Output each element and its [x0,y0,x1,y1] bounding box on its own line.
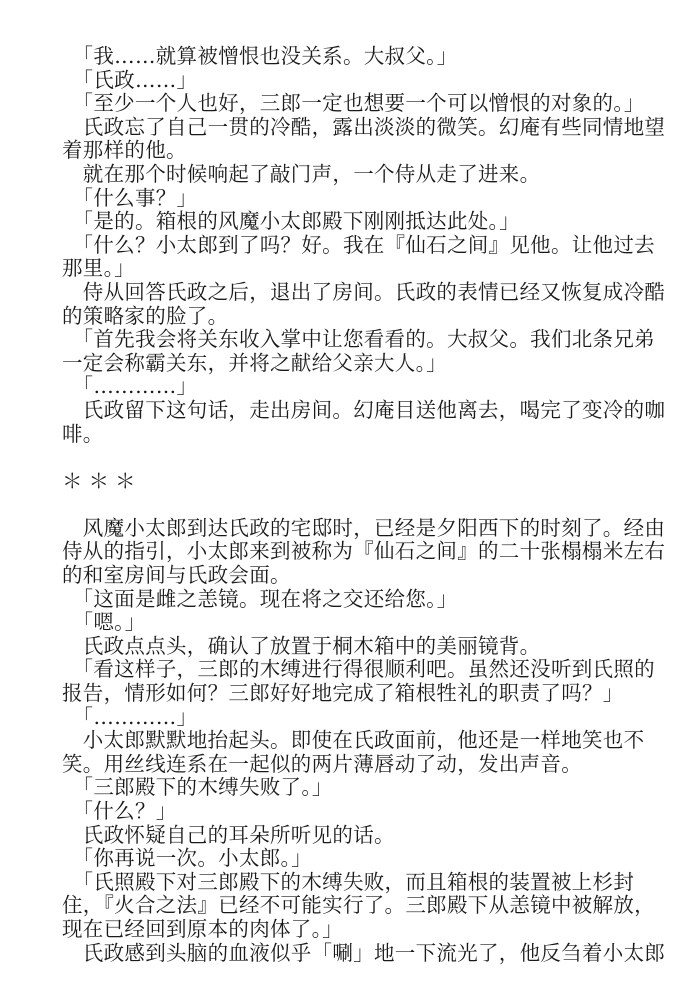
text-line: 「氏政……」 [62,69,629,93]
text-line: 「至少一个人也好，三郎一定也想要一个可以憎恨的对象的。」 [62,92,629,116]
text-line: 氏政感到头脑的血液似乎「唰」地一下流光了，他反刍着小太郎 [62,942,629,966]
text-line: 的和室房间与氏政会面。 [62,564,629,588]
text-line: 「…………」 [62,375,629,399]
text-line: 的策略家的脸了。 [62,305,629,329]
text-line: 「什么？小太郎到了吗？好。我在『仙石之间』见他。让他过去 [62,234,629,258]
text-line: 现在已经回到原本的肉体了。」 [62,918,629,942]
text-line: 风魔小太郎到达氏政的宅邸时，已经是夕阳西下的时刻了。经由 [62,517,629,541]
text-line: 「看这样子，三郎的木缚进行得很顺利吧。虽然还没听到氏照的 [62,658,629,682]
text-line: 就在那个时候响起了敲门声，一个侍从走了进来。 [62,163,629,187]
section-separator: ＊＊＊ [62,470,629,494]
text-line: 「是的。箱根的风魔小太郎殿下刚刚抵达此处。」 [62,210,629,234]
text-line: 「嗯。」 [62,611,629,635]
text-line: 小太郎默默地抬起头。即使在氏政面前，他还是一样地笑也不 [62,729,629,753]
text-line: 报告，情形如何？三郎好好地完成了箱根牲礼的职责了吗？」 [62,682,629,706]
blank-line [62,493,629,517]
text-line: 侍从回答氏政之后，退出了房间。氏政的表情已经又恢复成冷酷 [62,281,629,305]
text-line: 氏政留下这句话，走出房间。幻庵目送他离去，喝完了变冷的咖 [62,399,629,423]
text-line: 着那样的他。 [62,139,629,163]
text-line: 氏政忘了自己一贯的冷酷，露出淡淡的微笑。幻庵有些同情地望 [62,116,629,140]
text-line: 「什么？」 [62,800,629,824]
text-line: 「…………」 [62,706,629,730]
text-line: 「你再说一次。小太郎。」 [62,847,629,871]
text-line: 「氏照殿下对三郎殿下的木缚失败，而且箱根的装置被上杉封 [62,871,629,895]
text-line: 住，『火合之法』已经不可能实行了。三郎殿下从恙镜中被解放， [62,894,629,918]
text-line: 「我……就算被憎恨也没关系。大叔父。」 [62,45,629,69]
text-line: 一定会称霸关东，并将之献给父亲大人。」 [62,352,629,376]
text-line: 氏政怀疑自己的耳朵所听见的话。 [62,824,629,848]
text-line: 笑。用丝线连系在一起似的两片薄唇动了动，发出声音。 [62,753,629,777]
text-line: 「首先我会将关东收入掌中让您看看的。大叔父。我们北条兄弟 [62,328,629,352]
text-line: 「什么事？」 [62,187,629,211]
blank-line [62,446,629,470]
text-line: 氏政点点头，确认了放置于桐木箱中的美丽镜背。 [62,635,629,659]
text-line: 「三郎殿下的木缚失败了。」 [62,776,629,800]
text-line: 那里。」 [62,257,629,281]
text-line: 侍从的指引，小太郎来到被称为『仙石之间』的二十张榻榻米左右 [62,540,629,564]
text-line: 「这面是雌之恙镜。现在将之交还给您。」 [62,588,629,612]
document-page: 「我……就算被憎恨也没关系。大叔父。」 「氏政……」 「至少一个人也好，三郎一定… [62,45,629,965]
text-line: 啡。 [62,423,629,447]
